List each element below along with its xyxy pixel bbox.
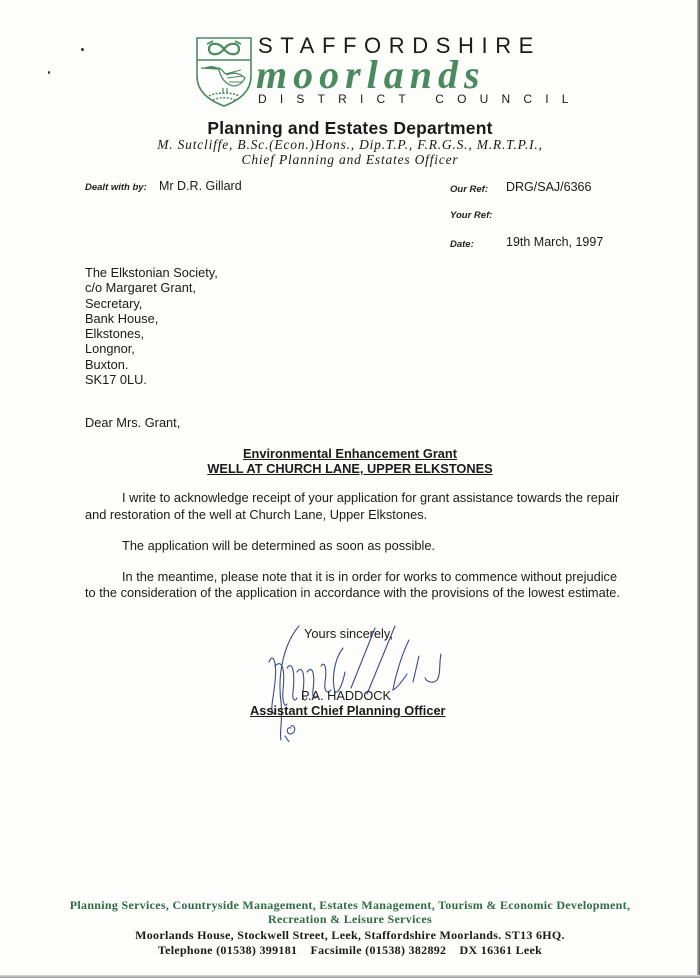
brand-name-main: moorlands: [256, 55, 486, 95]
address-line: c/o Margaret Grant,: [85, 280, 218, 295]
footer-address: Moorlands House, Stockwell Street, Leek,…: [0, 928, 700, 942]
address-line: SK17 0LU.: [85, 372, 218, 387]
your-ref-label: Your Ref:: [450, 210, 492, 221]
scan-speck: [48, 71, 50, 74]
footer-contact: Telephone (01538) 399181 Facsimile (0153…: [0, 943, 700, 957]
dealt-with-by-value: Mr D.R. Gillard: [159, 179, 242, 193]
paragraph-3-line-1: In the meantime, please note that it is …: [122, 569, 617, 585]
paragraph-3-line-2: to the consideration of the application …: [85, 585, 620, 601]
brand-name-bottom: DISTRICT COUNCIL: [258, 92, 582, 106]
address-line: Buxton.: [85, 357, 218, 372]
salutation: Dear Mrs. Grant,: [85, 415, 180, 431]
council-crest-icon: [195, 36, 253, 108]
date-label: Date:: [450, 239, 474, 250]
paragraph-1-line-1: I write to acknowledge receipt of your a…: [122, 490, 619, 506]
our-ref-label: Our Ref:: [450, 184, 488, 195]
address-line: Longnor,: [85, 341, 218, 356]
date-value: 19th March, 1997: [506, 235, 603, 249]
signatory-title: Assistant Chief Planning Officer: [250, 703, 446, 718]
officer-role: Chief Planning and Estates Officer: [0, 152, 700, 168]
subject-line-1: Environmental Enhancement Grant: [0, 446, 700, 461]
paragraph-1-line-2: and restoration of the well at Church La…: [85, 507, 427, 523]
recipient-address: The Elkstonian Society, c/o Margaret Gra…: [85, 265, 218, 387]
footer-services-line-1: Planning Services, Countryside Managemen…: [0, 898, 700, 912]
subject-line-2: WELL AT CHURCH LANE, UPPER ELKSTONES: [0, 461, 700, 476]
dealt-with-by-label: Dealt with by:: [85, 182, 147, 193]
paragraph-2: The application will be determined as so…: [122, 538, 435, 554]
signatory-name: P.A. HADDOCK: [301, 688, 391, 703]
closing: Yours sincerely,: [304, 626, 393, 641]
address-line: Elkstones,: [85, 326, 218, 341]
address-line: The Elkstonian Society,: [85, 265, 218, 280]
department-title: Planning and Estates Department: [0, 118, 700, 139]
our-ref-value: DRG/SAJ/6366: [506, 180, 591, 194]
address-line: Secretary,: [85, 296, 218, 311]
officer-qualifications: M. Sutcliffe, B.Sc.(Econ.)Hons., Dip.T.P…: [0, 137, 700, 153]
scan-speck: [81, 48, 84, 51]
footer-services-line-2: Recreation & Leisure Services: [0, 912, 700, 926]
address-line: Bank House,: [85, 311, 218, 326]
